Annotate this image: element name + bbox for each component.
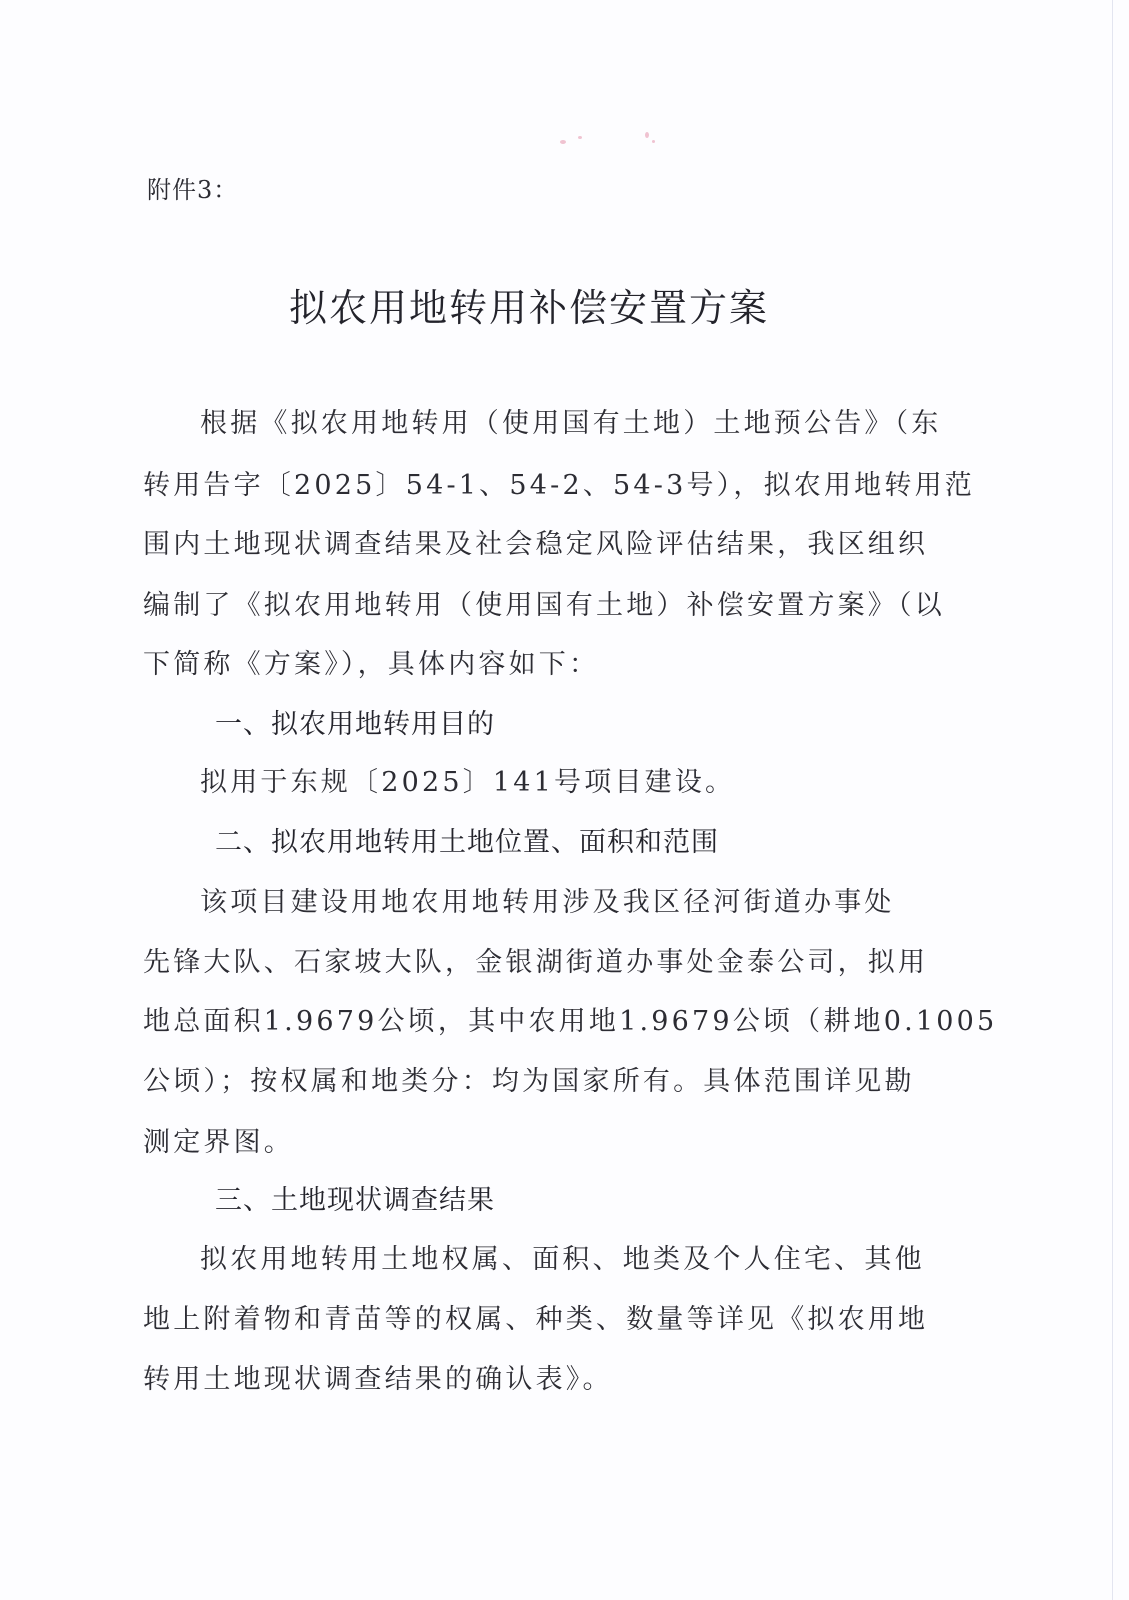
section-line: 拟用于东规〔2025〕141号项目建设。 <box>200 768 970 798</box>
section-line: 转用土地现状调查结果的确认表》。 <box>143 1365 913 1395</box>
attachment-label: 附件3： <box>147 170 238 205</box>
seal-bleed-mark <box>652 140 655 143</box>
section-line: 该项目建设用地农用地转用涉及我区径河街道办事处 <box>200 888 970 918</box>
scan-edge-line <box>1112 0 1113 1600</box>
intro-line: 根据《拟农用地转用（使用国有土地）土地预公告》（东 <box>200 409 970 439</box>
section-line: 先锋大队、石家坡大队，金银湖街道办事处金泰公司，拟用 <box>143 948 913 978</box>
intro-line: 围内土地现状调查结果及社会稳定风险评估结果，我区组织 <box>143 530 913 560</box>
seal-bleed-mark <box>560 140 566 144</box>
section-line: 地总面积1.9679公顷，其中农用地1.9679公顷（耕地0.1005 <box>143 1007 913 1037</box>
document-title: 拟农用地转用补偿安置方案 <box>0 277 1058 332</box>
section-heading-location-area: 二、拟农用地转用土地位置、面积和范围 <box>215 828 719 858</box>
section-heading-purpose: 一、拟农用地转用目的 <box>215 710 495 740</box>
intro-line: 转用告字〔2025〕54-1、54-2、54-3号），拟农用地转用范 <box>143 471 913 501</box>
scanned-document-page: 附件3： 拟农用地转用补偿安置方案 根据《拟农用地转用（使用国有土地）土地预公告… <box>0 0 1129 1600</box>
section-line: 地上附着物和青苗等的权属、种类、数量等详见《拟农用地 <box>143 1305 913 1335</box>
section-line: 拟农用地转用土地权属、面积、地类及个人住宅、其他 <box>200 1245 970 1275</box>
intro-line: 编制了《拟农用地转用（使用国有土地）补偿安置方案》（以 <box>143 591 913 621</box>
seal-bleed-mark <box>578 136 582 139</box>
intro-line: 下简称《方案》），具体内容如下： <box>143 650 913 680</box>
section-line: 公顷）；按权属和地类分：均为国家所有。具体范围详见勘 <box>143 1067 913 1097</box>
section-heading-survey-results: 三、土地现状调查结果 <box>215 1186 495 1216</box>
seal-bleed-mark <box>645 132 649 138</box>
section-line: 测定界图。 <box>143 1128 913 1158</box>
